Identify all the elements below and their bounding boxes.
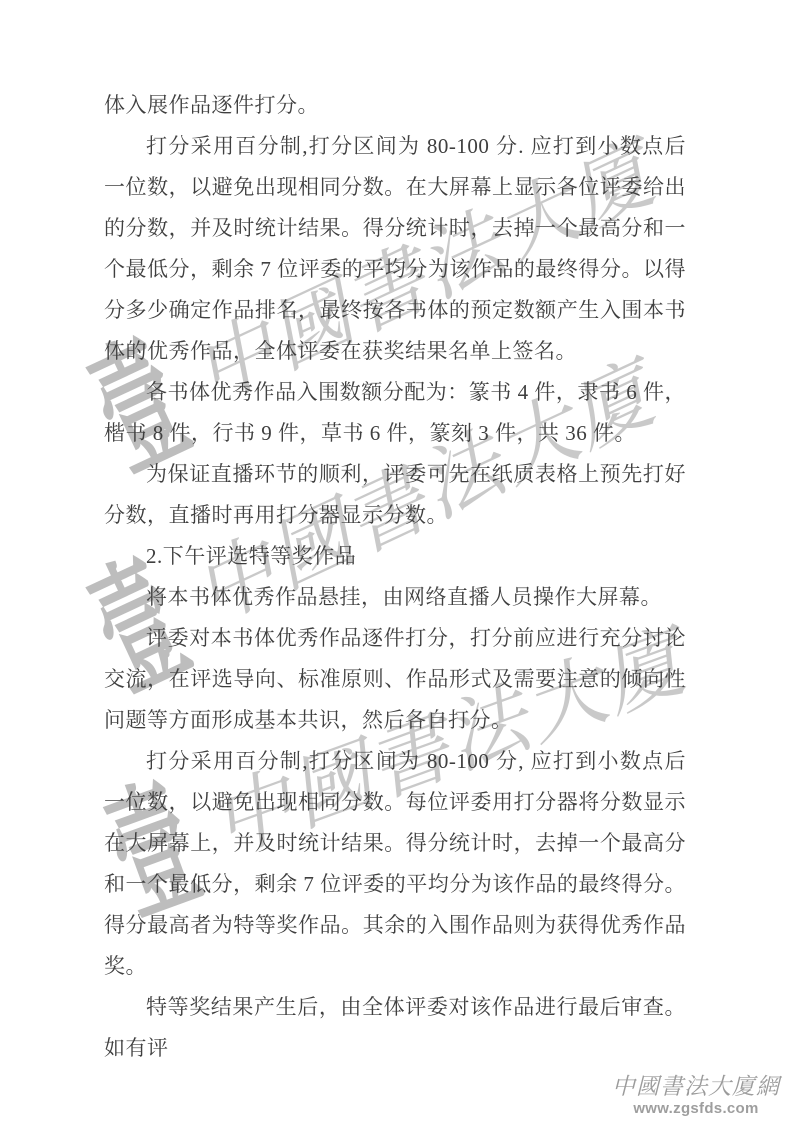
- paragraph-hanging-works: 将本书体优秀作品悬挂，由网络直播人员操作大屏幕。: [104, 577, 686, 618]
- document-page: 壹 中國書法大廈 壹 中國書法大廈 壹 中國書法大廈 体入展作品逐件打分。 打分…: [0, 0, 800, 1131]
- paragraph-scoring-method-morning: 打分采用百分制,打分区间为 80-100 分. 应打到小数点后一位数，以避免出现…: [104, 126, 686, 372]
- document-body: 体入展作品逐件打分。 打分采用百分制,打分区间为 80-100 分. 应打到小数…: [104, 85, 686, 1069]
- paragraph-discussion-before-scoring: 评委对本书体优秀作品逐件打分，打分前应进行充分讨论交流，在评选导向、标准原则、作…: [104, 618, 686, 741]
- site-url: www.zgsfds.com: [612, 1100, 780, 1118]
- paragraph-quota-allocation: 各书体优秀作品入围数额分配为：篆书 4 件，隶书 6 件，楷书 8 件，行书 9…: [104, 372, 686, 454]
- paragraph-afternoon-heading: 2.下午评选特等奖作品: [104, 536, 686, 577]
- paragraph-live-broadcast-note: 为保证直播环节的顺利，评委可先在纸质表格上预先打好分数，直播时再用打分器显示分数…: [104, 454, 686, 536]
- paragraph-final-review: 特等奖结果产生后，由全体评委对该作品进行最后审查。如有评: [104, 987, 686, 1069]
- site-watermark: 中國書法大廈網 www.zgsfds.com: [612, 1074, 780, 1118]
- paragraph-continuation: 体入展作品逐件打分。: [104, 85, 686, 126]
- paragraph-scoring-method-afternoon: 打分采用百分制,打分区间为 80-100 分, 应打到小数点后一位数，以避免出现…: [104, 741, 686, 987]
- site-brand-calligraphy: 中國書法大廈網: [612, 1074, 780, 1100]
